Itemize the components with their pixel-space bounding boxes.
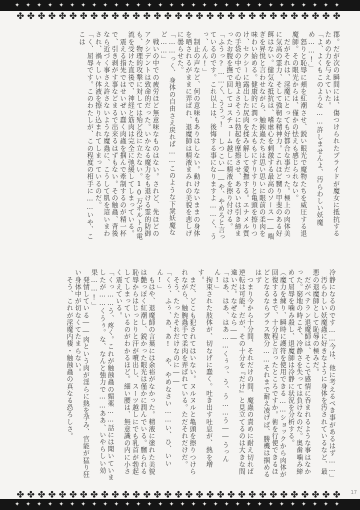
paragraph: 「はあ、はあ、はあ……くぅっ、う、う……う――うっんん!」: [213, 269, 229, 481]
paragraph: 「……っく、身体の自由さえ戻れば……このような下衆妖魔など……」: [160, 31, 176, 243]
paragraph: だがそれは、淫魔にとっても好都合な事だった。極上の肉体美に気高の霊力、そして強靭…: [225, 31, 291, 243]
top-text-block: 郡。だが次の瞬間には、傷つけられたプライドが魔女に抵抗するための力を与えていた。…: [40, 31, 340, 243]
paragraph: だがベテラン退魔師は、そこで感情に呑まれるような事はなかった。窮地の時こそ、冷静…: [287, 269, 312, 481]
bottom-ornament-row: ✤✤✤✤✤✤✤✤✤✤✤✤✤✤✤✤✤✤✤✤✤✤✤✤✤✤✤✤✤✤✤: [0, 487, 360, 499]
paragraph: 郡。だが次の瞬間には、傷つけられたプライドが魔女に抵抗するための力を与えていた。: [324, 31, 340, 243]
top-border-bar: ✦✦✦✦✦✦✦✦✦✦✦✦✦✦✦✦✦✦✦✦✦✦✦✦✦✦✦✦✦✦: [0, 0, 360, 11]
paragraph: まだ、どこも犯されてはいない。ヌルヌルと亀頭を擦りつけられながら、触腕蟲手で柔肉…: [180, 269, 196, 481]
paragraph: もはや、退魔師の言葉には余裕がなかった。精液に塗れた美貌は艶っぽく紅潮し、鋭かっ…: [115, 269, 156, 481]
paragraph: そう、これが淫魔内棲・触蝕蟲の真なる恐ろしさ。: [65, 269, 73, 481]
paragraph: （魔力を練り、瞬時に護符を使用できる……ショックから肉体が回復するまで、十分程と…: [254, 269, 287, 481]
top-ornament-row: ✤✤✤✤✤✤✤✤✤✤✤✤✤✤✤✤✤✤✤✤✤✤✤✤✤✤✤✤✤✤✤: [0, 11, 360, 23]
paragraph: 「よ、よくもこのような……許しませんよ、汚らわしい妖魔め……!」: [307, 31, 323, 243]
paragraph: 「くぅ、ふぅ、あ、あ! や、やめなさい……い、ひ、いいん!」: [156, 269, 172, 481]
bottom-border-bar: ✦✦✦✦✦✦✦✦✦✦✦✦✦✦✦✦✦✦✦✦✦✦✦✦✦✦✦✦✦✦: [0, 499, 360, 510]
paragraph: 冷静になるのです……今は、他に考えるべき事があるはず……」: [328, 269, 336, 481]
doujin-page: { "theme": { "paper": "#f5f4f2", "ink": …: [0, 0, 360, 510]
paragraph: 怒りと恥辱に頬を紅潮させ、鋭い眼光で魔物たちを威圧する退魔師。その眼光からは、僅…: [291, 31, 307, 243]
paragraph: 「ふうっ?……く、ううっ! しつこい――や、やめろと言っているのです。これ以上は…: [201, 31, 226, 243]
paragraph: 震える指先ではせいぜい蠢く肉蟲を掴んで牽制するのが精一杯で、引き剥がす事などまる…: [94, 31, 127, 243]
paragraph: 発情している――肉という肉が淫らに熱を孕み、官能が猛り狂い身体中が切なくてたまら…: [74, 269, 90, 481]
paragraph: 拘束された肢体が、切なげに蠢く。吐き出す吐息が、熱を増す。: [197, 269, 213, 481]
paragraph: 「くっ……う、疼く。これが触蝕蟲の媚薬……話には聞いていましたが……くうぅ。な、…: [90, 269, 115, 481]
bottom-text-block: 冷静になるのです……今は、他に考えるべき事があるはず……」 汚らわしい妖魔蟲に好…: [22, 269, 336, 481]
paragraph: そう、たったそれだけなのに――: [172, 269, 180, 481]
paragraph: つまり今から十分間、それだけの間、魔蟲の責めに耐え切れば逆転は可能。だが、その十…: [229, 269, 254, 481]
paragraph: 制止の声など、何の意味もありはしない。動けないままの身体を晒されるがままに弄ばれ…: [176, 31, 201, 243]
paragraph: 「く、屈辱です。このわたしが、この程度の相手に……いや、ここは: [78, 31, 94, 243]
paragraph: 汚らわしい妖魔蟲に好きなように身体を汚されているなど、最悪の退魔師として恥辱の極…: [311, 269, 327, 481]
paragraph: 戦いの中での疲労ほど無意味なものはない。されど、先ほどのアクシデントは致命的だっ…: [127, 31, 160, 243]
